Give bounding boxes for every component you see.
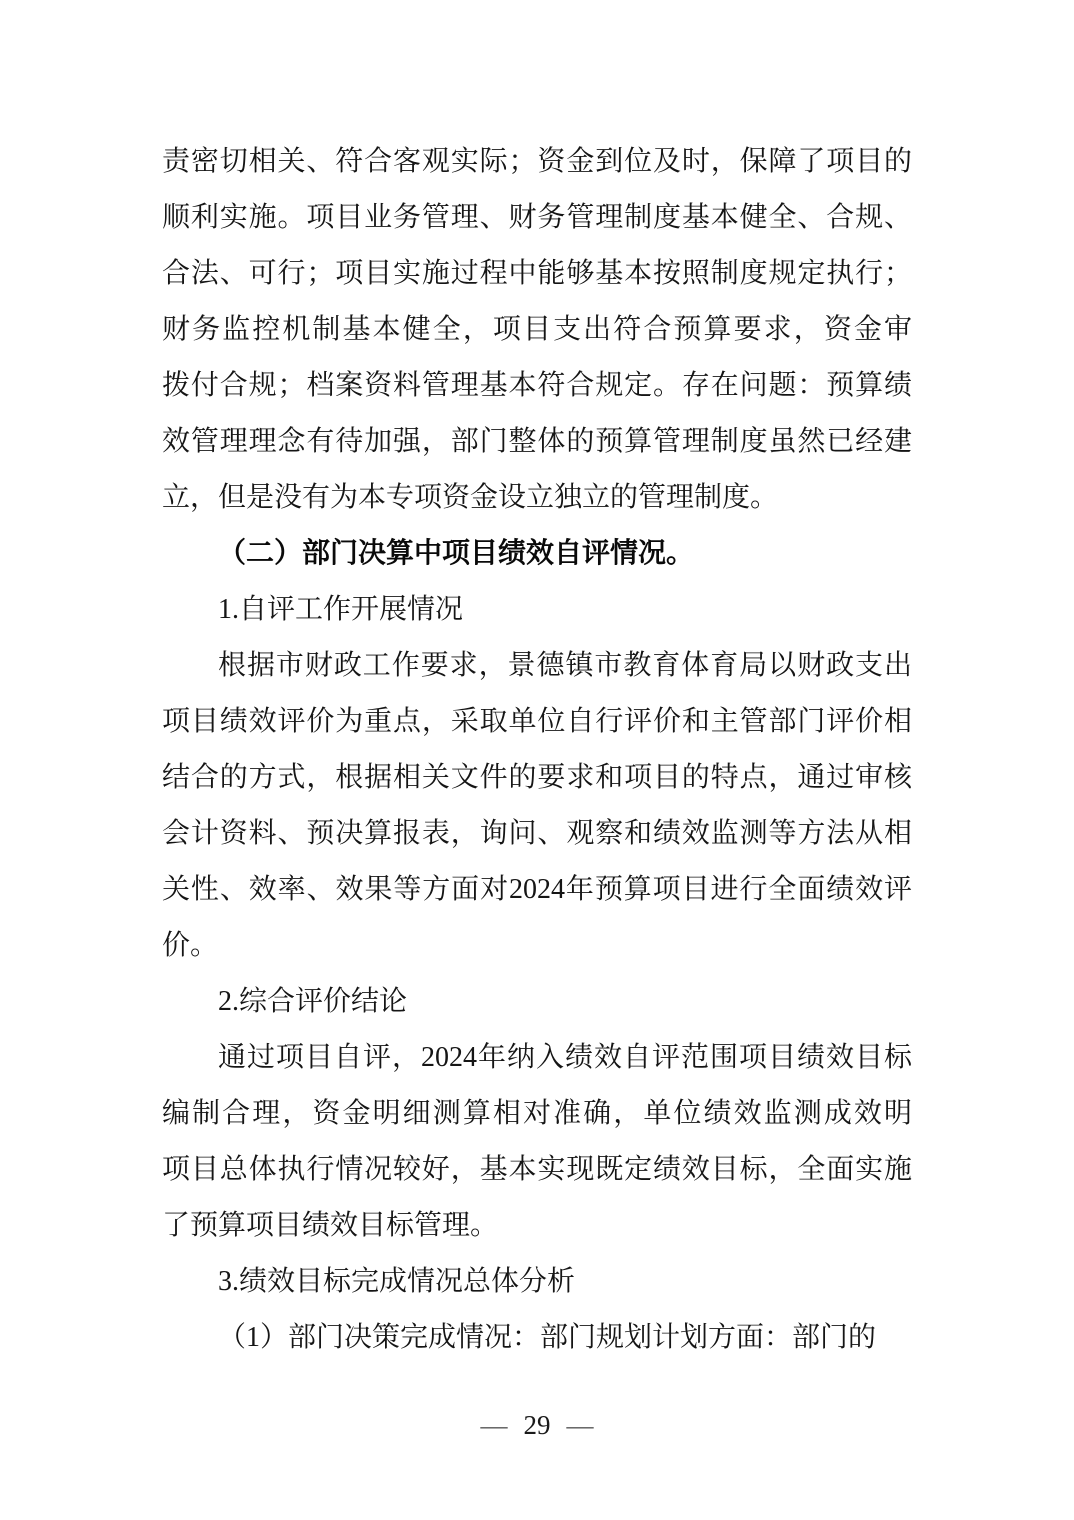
subsection-heading-2: 2.综合评价结论 [162, 974, 912, 1030]
text-line: 项目总体执行情况较好，基本实现既定绩效目标，全面实施 [162, 1142, 912, 1198]
text-line: 效管理理念有待加强，部门整体的预算管理制度虽然已经建 [162, 414, 912, 470]
text-line: 立，但是没有为本专项资金设立独立的管理制度。 [162, 470, 912, 526]
text-line: 价。 [162, 918, 912, 974]
subsection-heading-3: 3.绩效目标完成情况总体分析 [162, 1254, 912, 1310]
text-line: 责密切相关、符合客观实际；资金到位及时，保障了项目的 [162, 134, 912, 190]
document-page: 责密切相关、符合客观实际；资金到位及时，保障了项目的顺利实施。项目业务管理、财务… [0, 0, 1074, 1520]
text-line: 拨付合规；档案资料管理基本符合规定。存在问题：预算绩 [162, 358, 912, 414]
text-line: 合法、可行；项目实施过程中能够基本按照制度规定执行； [162, 246, 912, 302]
page-footer: —29— [0, 1405, 1074, 1445]
text-line: 根据市财政工作要求，景德镇市教育体育局以财政支出 [162, 638, 912, 694]
text-line: 编制合理，资金明细测算相对准确，单位绩效监测成效明显， [162, 1086, 912, 1142]
text-line: 了预算项目绩效目标管理。 [162, 1198, 912, 1254]
text-line: （1）部门决策完成情况：部门规划计划方面：部门的 [162, 1310, 912, 1366]
subsection-heading-1: 1.自评工作开展情况 [162, 582, 912, 638]
text-line: 项目绩效评价为重点，采取单位自行评价和主管部门评价相 [162, 694, 912, 750]
text-line: 会计资料、预决算报表，询问、观察和绩效监测等方法从相 [162, 806, 912, 862]
text-line: 顺利实施。项目业务管理、财务管理制度基本健全、合规、 [162, 190, 912, 246]
page-number: 29 [524, 1405, 551, 1445]
section-heading: （二）部门决算中项目绩效自评情况。 [162, 526, 912, 582]
text-line: 关性、效率、效果等方面对2024年预算项目进行全面绩效评 [162, 862, 912, 918]
text-line: 财务监控机制基本健全，项目支出符合预算要求，资金审批、 [162, 302, 912, 358]
text-line: 通过项目自评，2024年纳入绩效自评范围项目绩效目标 [162, 1030, 912, 1086]
footer-dash-left: — [481, 1410, 508, 1440]
text-line: 结合的方式，根据相关文件的要求和项目的特点，通过审核 [162, 750, 912, 806]
footer-dash-right: — [567, 1410, 594, 1440]
document-body: 责密切相关、符合客观实际；资金到位及时，保障了项目的顺利实施。项目业务管理、财务… [162, 134, 912, 1366]
